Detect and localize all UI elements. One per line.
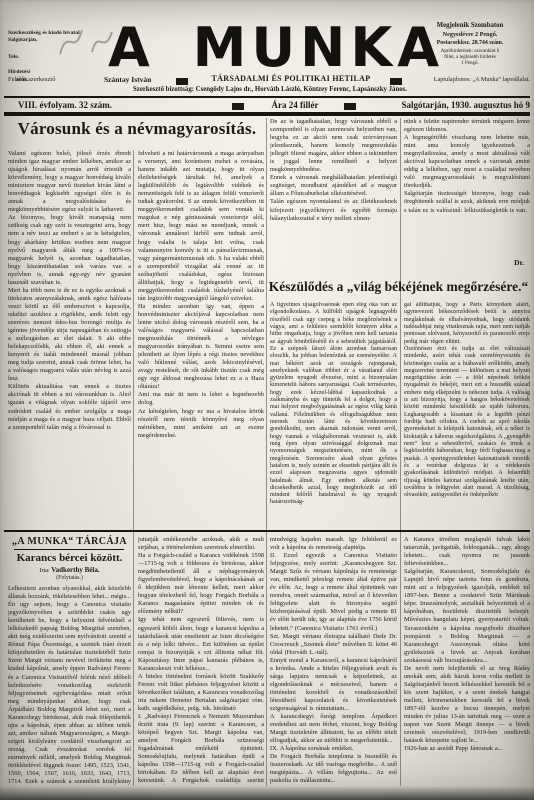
editor-label: Felelős szerkesztő [8, 76, 55, 83]
ornament-square [176, 78, 188, 85]
small-ads-3: 1 Pengő. [410, 61, 530, 67]
masthead-right-info: Megjelenik Szombaton Negyedévre 2 Pengő.… [410, 22, 530, 68]
byline-label: Irta: [39, 567, 49, 574]
article2-headline: Készülődés a „világ békéjének megőrzésér… [267, 279, 530, 295]
phone-line: Tele. [8, 54, 108, 61]
article1-col3: De az is tagadhatatlan, hogy városunk eb… [270, 118, 397, 275]
article1-headline: Városunk és a névmagyarosítás. [10, 119, 264, 139]
issue-price: Ára 24 fillér [250, 100, 340, 110]
ornament-square [232, 103, 244, 110]
ornament-square [390, 78, 402, 85]
editorial-board: Szerkesztő bizottság: Csengődy Lajos dr.… [80, 86, 460, 93]
article2-col2: gal állithatjuk, hogy a Páris környékén … [404, 302, 530, 528]
column-rule-3 [400, 118, 401, 786]
office-city: Salgótarján. [8, 37, 108, 44]
article1-signature: Dr. [404, 258, 524, 267]
newspaper-page: Szerkesztőség és kiadó hivatal Salgótarj… [0, 0, 534, 800]
place-date: Salgótarján, 1930. augusztus hó 9 [368, 100, 530, 110]
feuilleton-note: (Folytatás.) [8, 575, 131, 581]
article2-col1: A figyelmes ujságolvasónak épen elég oka… [270, 302, 397, 528]
ornament-square [344, 103, 356, 110]
feuilleton-col2: juttatják emlékezetébe azoknak, akik a m… [138, 536, 264, 785]
masthead-title: A MUNKA [108, 16, 418, 79]
postal-account: Postacsekksz. 28.744 szám. [410, 39, 530, 47]
scan-bottom-shadow [0, 786, 534, 800]
feuilleton-section-header: „A MUNKA“ TÁRCÁJA [8, 536, 131, 547]
quarter-price: Negyedévre 2 Pengő. [410, 31, 530, 39]
byline-author: Vadkerthy Béla. [51, 566, 99, 574]
feuilleton-col3: mindvégig hajadon maradt. Igy feltétlenü… [270, 536, 397, 785]
article1-col4: nünk s felette napirendre térnünk mégsem… [404, 118, 530, 256]
section-divider [4, 530, 530, 532]
article1-col1: Valami egészen belső, jóleső érzés ébred… [8, 150, 131, 527]
feuilleton-byline: Irta: Vadkerthy Béla. [8, 566, 131, 574]
feuilleton-col4: A Karancs tövében meglapuló falvak lakói… [404, 536, 530, 785]
article1-col2: felveheti a mi határvárosunk a maga arán… [138, 150, 264, 527]
feuilleton-title-rule [14, 549, 124, 550]
editor-name: Szántay István [104, 75, 151, 84]
column-rule-1 [133, 150, 134, 786]
paper-subtitle: TÁRSADALMI ÉS POLITIKAI HETILAP [196, 74, 386, 83]
publish-day: Megjelenik Szombaton [410, 22, 530, 31]
owner-line: Laptulajdonos: „A Munka“ lapvállalat. [404, 76, 530, 83]
column-rule-2 [266, 118, 267, 786]
volume-issue: VIII. évfolyam. 32 szám. [18, 100, 112, 110]
office-line: Szerkesztőség és kiadó hivatal [8, 30, 108, 37]
feuilleton-title: Karancs bércei között. [8, 552, 131, 564]
feuilleton-col1: Lelkesiteni azonban olyanokkal, akik köz… [8, 585, 131, 785]
header-rule [4, 96, 530, 98]
dateline-bar [4, 112, 530, 116]
